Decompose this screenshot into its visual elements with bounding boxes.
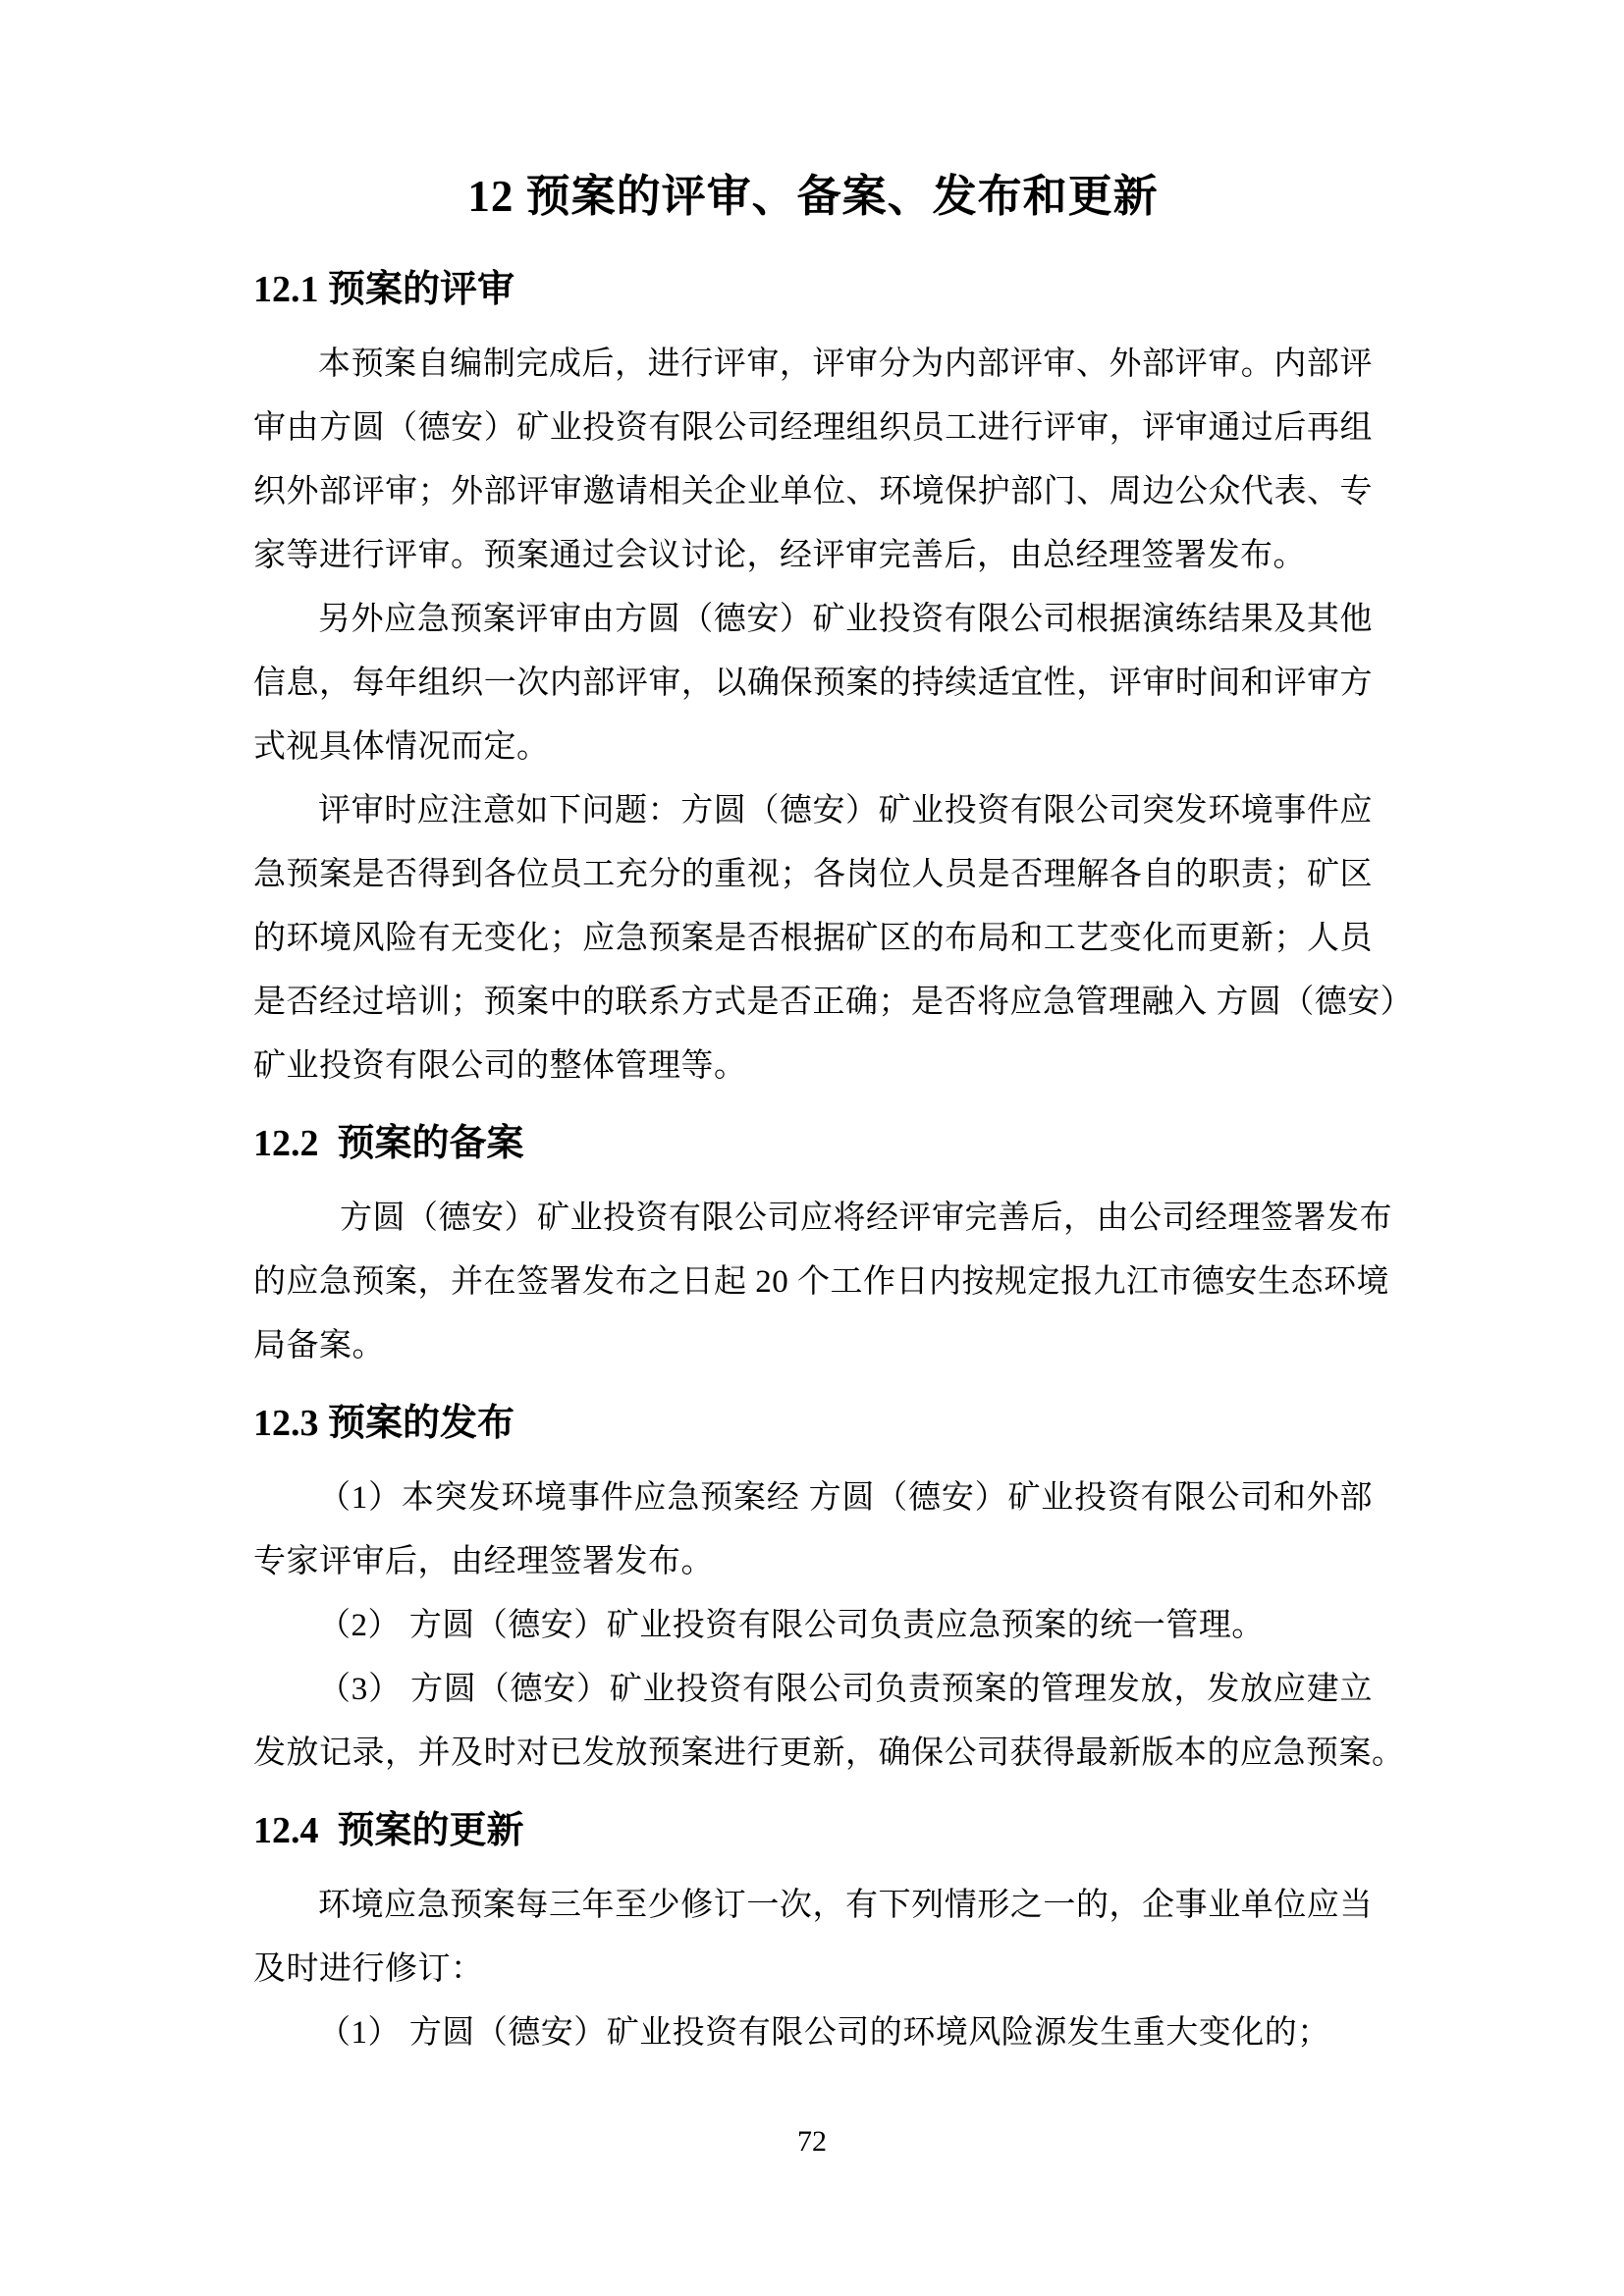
text-line: 的应急预案，并在签署发布之日起 20 个工作日内按规定报九江市德安生态环境 bbox=[253, 1251, 1373, 1314]
text-line: 的环境风险有无变化；应急预案是否根据矿区的布局和工艺变化而更新；人员 bbox=[253, 907, 1373, 971]
text-line: 是否经过培训；预案中的联系方式是否正确；是否将应急管理融入 方圆（德安） bbox=[253, 971, 1373, 1035]
paragraph: 本预案自编制完成后，进行评审，评审分为内部评审、外部评审。内部评审由方圆（德安）… bbox=[253, 333, 1373, 588]
text-line: 专家评审后，由经理签署发布。 bbox=[253, 1530, 1373, 1594]
section-heading-12-4: 12.4 预案的更新 bbox=[253, 1799, 1373, 1862]
document-title: 12 预案的评审、备案、发布和更新 bbox=[253, 162, 1373, 231]
paragraph: （1） 方圆（德安）矿业投资有限公司的环境风险源发生重大变化的； bbox=[253, 2002, 1373, 2065]
text-line: 发放记录，并及时对已发放预案进行更新，确保公司获得最新版本的应急预案。 bbox=[253, 1722, 1373, 1786]
section-heading-12-2: 12.2 预案的备案 bbox=[253, 1112, 1373, 1175]
text-line: （1）本突发环境事件应急预案经 方圆（德安）矿业投资有限公司和外部 bbox=[253, 1467, 1373, 1530]
text-line: 急预案是否得到各位员工充分的重视；各岗位人员是否理解各自的职责；矿区 bbox=[253, 843, 1373, 907]
document-page: 12 预案的评审、备案、发布和更新 12.1 预案的评审本预案自编制完成后，进行… bbox=[0, 0, 1624, 2296]
text-line: 本预案自编制完成后，进行评审，评审分为内部评审、外部评审。内部评 bbox=[253, 333, 1373, 397]
text-line: 审由方圆（德安）矿业投资有限公司经理组织员工进行评审，评审通过后再组 bbox=[253, 397, 1373, 460]
document-body: 12.1 预案的评审本预案自编制完成后，进行评审，评审分为内部评审、外部评审。内… bbox=[253, 258, 1373, 2065]
paragraph: 方圆（德安）矿业投资有限公司应将经评审完善后，由公司经理签署发布的应急预案，并在… bbox=[253, 1187, 1373, 1378]
document-content: 12 预案的评审、备案、发布和更新 12.1 预案的评审本预案自编制完成后，进行… bbox=[0, 0, 1624, 2065]
text-line: 家等进行评审。预案通过会议讨论，经评审完善后，由总经理签署发布。 bbox=[253, 524, 1373, 588]
paragraph: （3） 方圆（德安）矿业投资有限公司负责预案的管理发放，发放应建立发放记录，并及… bbox=[253, 1658, 1373, 1786]
text-line: 局备案。 bbox=[253, 1314, 1373, 1378]
text-line: （3） 方圆（德安）矿业投资有限公司负责预案的管理发放，发放应建立 bbox=[253, 1658, 1373, 1722]
text-line: 另外应急预案评审由方圆（德安）矿业投资有限公司根据演练结果及其他 bbox=[253, 588, 1373, 652]
text-line: 及时进行修订： bbox=[253, 1938, 1373, 2002]
paragraph: 评审时应注意如下问题：方圆（德安）矿业投资有限公司突发环境事件应急预案是否得到各… bbox=[253, 779, 1373, 1098]
paragraph: 环境应急预案每三年至少修订一次，有下列情形之一的，企事业单位应当及时进行修订： bbox=[253, 1874, 1373, 2002]
text-line: （1） 方圆（德安）矿业投资有限公司的环境风险源发生重大变化的； bbox=[253, 2002, 1373, 2065]
text-line: 信息，每年组织一次内部评审，以确保预案的持续适宜性，评审时间和评审方 bbox=[253, 652, 1373, 716]
paragraph: 另外应急预案评审由方圆（德安）矿业投资有限公司根据演练结果及其他信息，每年组织一… bbox=[253, 588, 1373, 779]
text-line: 环境应急预案每三年至少修订一次，有下列情形之一的，企事业单位应当 bbox=[253, 1874, 1373, 1938]
section-heading-12-3: 12.3 预案的发布 bbox=[253, 1392, 1373, 1455]
text-line: 评审时应注意如下问题：方圆（德安）矿业投资有限公司突发环境事件应 bbox=[253, 779, 1373, 843]
paragraph: （1）本突发环境事件应急预案经 方圆（德安）矿业投资有限公司和外部专家评审后，由… bbox=[253, 1467, 1373, 1594]
section-heading-12-1: 12.1 预案的评审 bbox=[253, 258, 1373, 321]
paragraph: （2） 方圆（德安）矿业投资有限公司负责应急预案的统一管理。 bbox=[253, 1594, 1373, 1658]
text-line: 方圆（德安）矿业投资有限公司应将经评审完善后，由公司经理签署发布 bbox=[253, 1187, 1373, 1251]
text-line: 式视具体情况而定。 bbox=[253, 716, 1373, 779]
page-number: 72 bbox=[0, 2120, 1624, 2163]
text-line: 矿业投资有限公司的整体管理等。 bbox=[253, 1035, 1373, 1098]
text-line: （2） 方圆（德安）矿业投资有限公司负责应急预案的统一管理。 bbox=[253, 1594, 1373, 1658]
text-line: 织外部评审；外部评审邀请相关企业单位、环境保护部门、周边公众代表、专 bbox=[253, 460, 1373, 524]
